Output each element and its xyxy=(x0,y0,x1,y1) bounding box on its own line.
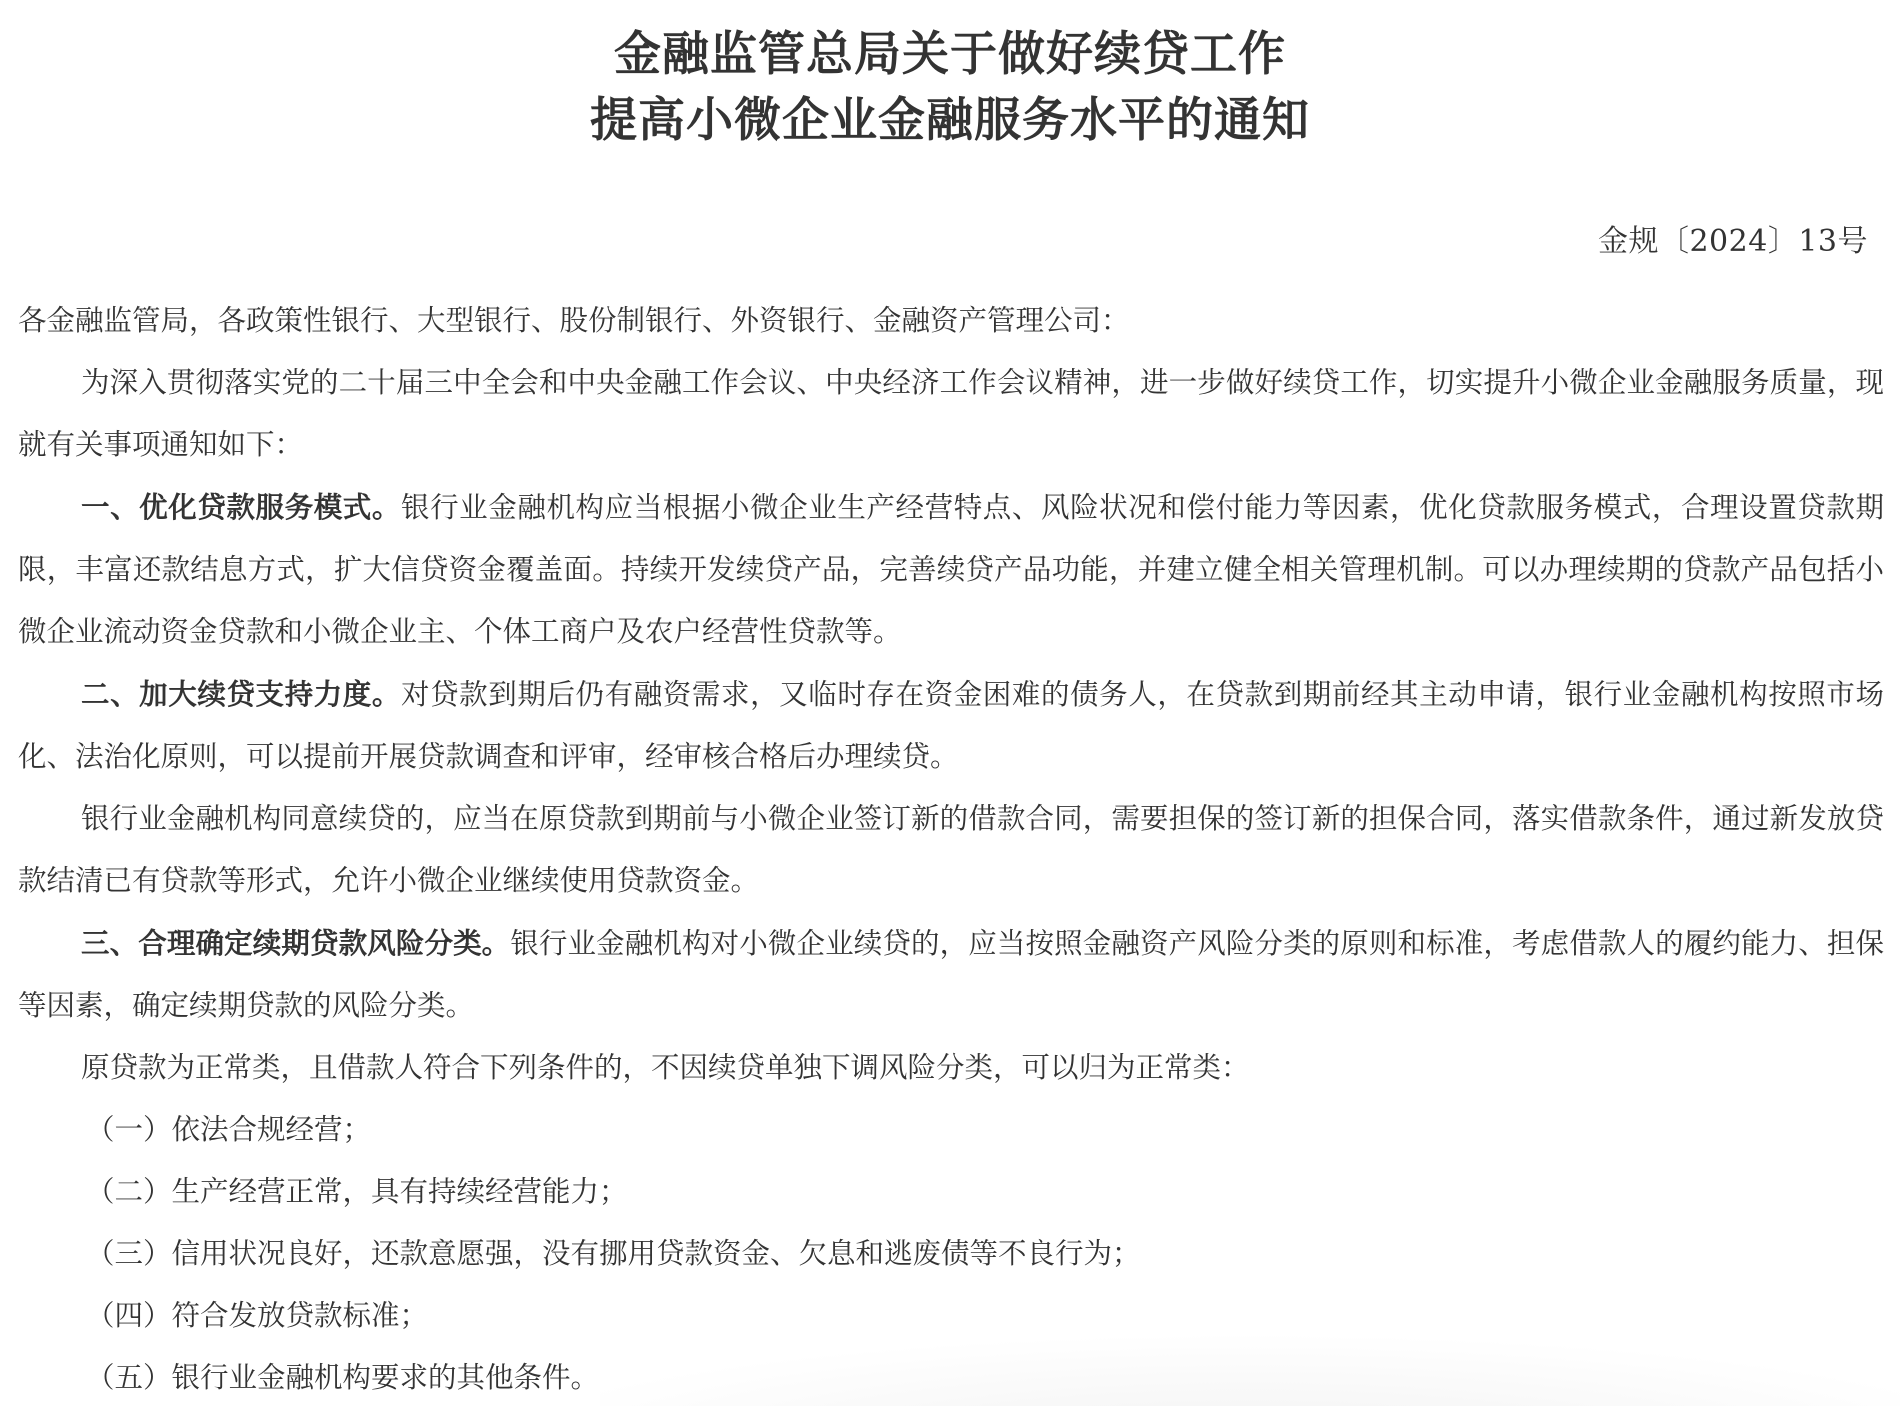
section-3-conditions-intro: 原贷款为正常类，且借款人符合下列条件的，不因续贷单独下调风险分类，可以归为正常类… xyxy=(18,1037,1884,1099)
section-3-conditions-intro-text: 原贷款为正常类，且借款人符合下列条件的，不因续贷单独下调风险分类，可以归为正常类… xyxy=(81,1051,1250,1084)
condition-item-1: （一）依法合规经营； xyxy=(18,1099,1884,1161)
document-page: 金融监管总局关于做好续贷工作 提高小微企业金融服务水平的通知 金规〔2024〕1… xyxy=(0,0,1900,1406)
title-line-1: 金融监管总局关于做好续贷工作 xyxy=(0,22,1900,88)
condition-item-4: （四）符合发放贷款标准； xyxy=(18,1285,1884,1347)
section-2-heading: 二、加大续贷支持力度。 xyxy=(81,677,401,711)
section-2-continuation: 银行业金融机构同意续贷的，应当在原贷款到期前与小微企业签订新的借款合同，需要担保… xyxy=(18,788,1884,912)
addressees: 各金融监管局，各政策性银行、大型银行、股份制银行、外资银行、金融资产管理公司： xyxy=(18,290,1884,352)
intro-paragraph: 为深入贯彻落实党的二十届三中全会和中央金融工作会议、中央经济工作会议精神，进一步… xyxy=(18,352,1884,476)
document-title: 金融监管总局关于做好续贷工作 提高小微企业金融服务水平的通知 xyxy=(0,22,1900,154)
section-3-paragraph: 三、合理确定续期贷款风险分类。银行业金融机构对小微企业续贷的，应当按照金融资产风… xyxy=(18,912,1884,1037)
section-2-continuation-text: 银行业金融机构同意续贷的，应当在原贷款到期前与小微企业签订新的借款合同，需要担保… xyxy=(18,802,1884,897)
title-line-2: 提高小微企业金融服务水平的通知 xyxy=(0,88,1900,154)
condition-item-2: （二）生产经营正常，具有持续经营能力； xyxy=(18,1161,1884,1223)
section-2-paragraph: 二、加大续贷支持力度。对贷款到期后仍有融资需求，又临时存在资金困难的债务人，在贷… xyxy=(18,663,1884,788)
section-1-paragraph: 一、优化贷款服务模式。银行业金融机构应当根据小微企业生产经营特点、风险状况和偿付… xyxy=(18,476,1884,663)
document-body: 各金融监管局，各政策性银行、大型银行、股份制银行、外资银行、金融资产管理公司： … xyxy=(18,290,1884,1406)
document-number: 金规〔2024〕13号 xyxy=(1598,222,1868,262)
section-1-heading: 一、优化贷款服务模式。 xyxy=(81,490,401,524)
condition-item-3: （三）信用状况良好，还款意愿强，没有挪用贷款资金、欠息和逃废债等不良行为； xyxy=(18,1223,1884,1285)
condition-item-5: （五）银行业金融机构要求的其他条件。 xyxy=(18,1347,1884,1406)
section-3-heading: 三、合理确定续期贷款风险分类。 xyxy=(81,926,510,960)
